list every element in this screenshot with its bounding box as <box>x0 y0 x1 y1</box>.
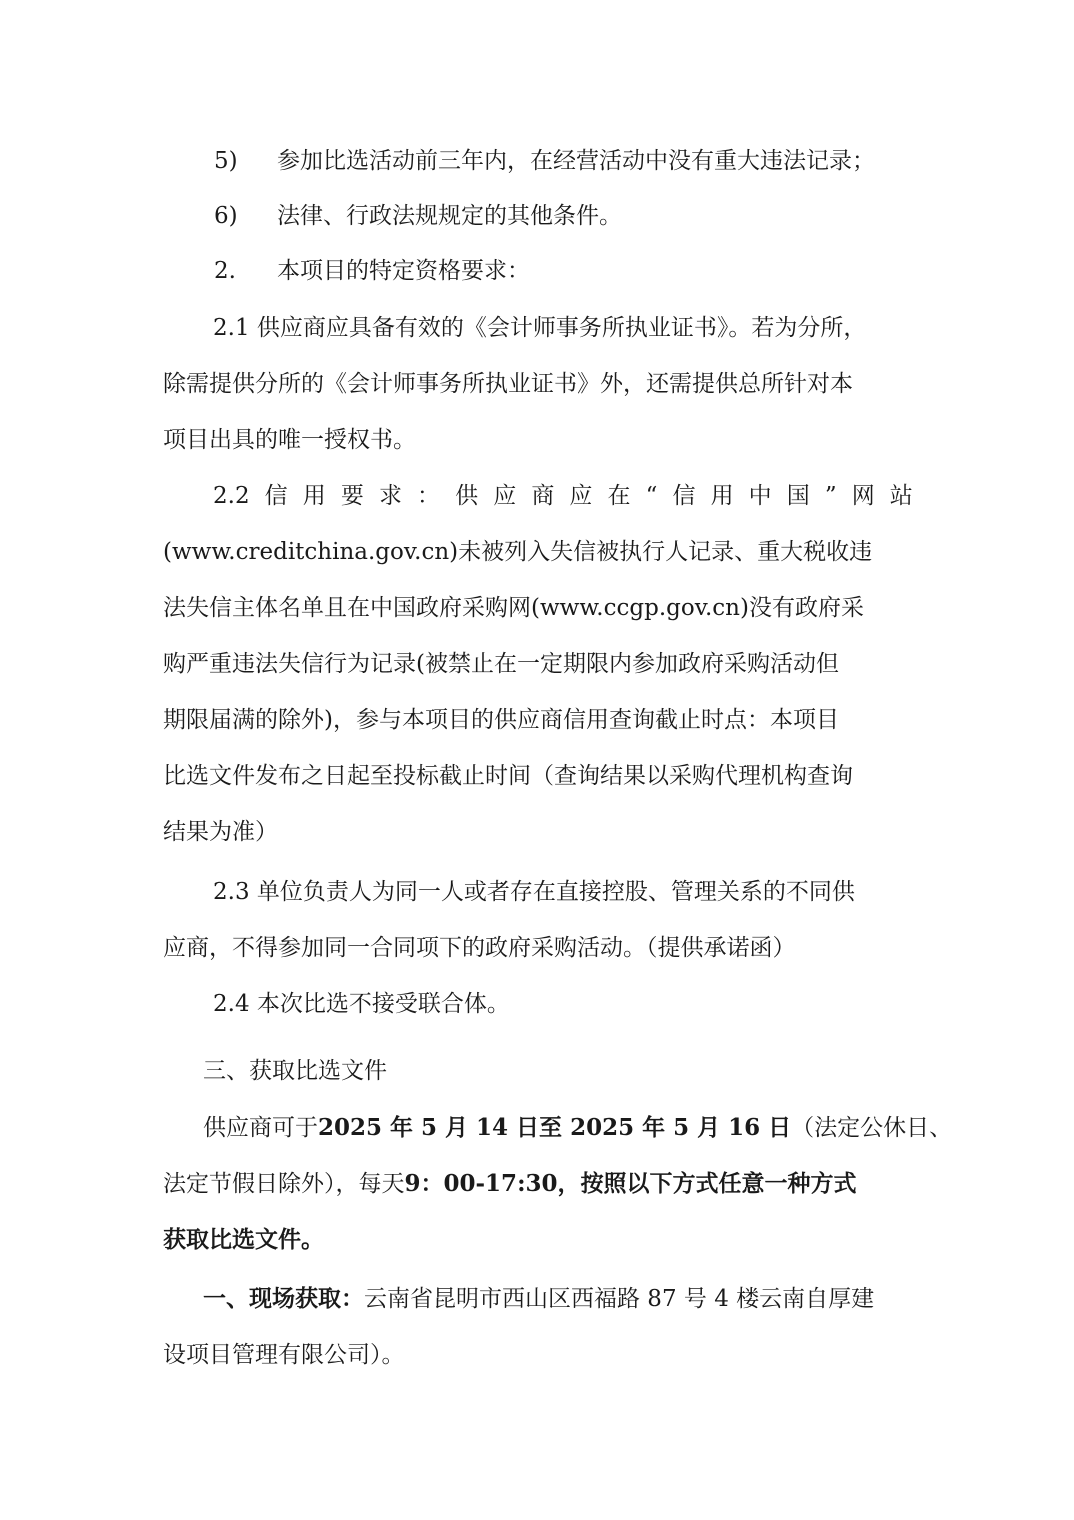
paragraph-2-1-line-1: 2.1 供应商应具备有效的《会计师事务所执业证书》。若为分所， <box>163 313 913 343</box>
justified-char: 信 <box>265 481 288 511</box>
justified-char: 在 <box>608 481 631 511</box>
paragraph-2-1-line-2: 除需提供分所的《会计师事务所执业证书》外，还需提供总所针对本 <box>163 369 913 399</box>
text-segment: （法定公休日、 <box>791 1115 952 1141</box>
paragraph-2-2-line-1: 2.2信用要求：供应商应在“信用中国”网站 <box>163 481 913 511</box>
paragraph-2-2-line-5: 期限届满的除外)，参与本项目的供应商信用查询截止时点：本项目 <box>163 705 913 735</box>
list-text: 参加比选活动前三年内，在经营活动中没有重大违法记录； <box>277 146 875 176</box>
paragraph-2-2-line-6: 比选文件发布之日起至投标截止时间（查询结果以采购代理机构查询 <box>163 761 913 791</box>
paragraph-3-line-1: 供应商可于2025 年 5 月 14 日至 2025 年 5 月 16 日（法定… <box>163 1113 913 1143</box>
paragraph-3-line-3: 获取比选文件。 <box>163 1225 913 1255</box>
justified-char: 商 <box>531 481 554 511</box>
justified-char: ” <box>825 481 837 511</box>
justified-char: 2.2 <box>213 481 250 511</box>
date-range: 2025 年 5 月 14 日至 2025 年 5 月 16 日 <box>318 1114 791 1141</box>
justified-char: 网 <box>852 481 875 511</box>
justified-char: 信 <box>672 481 695 511</box>
time-range: 9：00-17:30，按照以下方式任意一种方式 <box>405 1170 857 1197</box>
paragraph-4-line-1: 一、现场获取：云南省昆明市西山区西福路 87 号 4 楼云南自厚建 <box>163 1284 913 1314</box>
paragraph-2-4: 2.4 本次比选不接受联合体。 <box>163 989 913 1019</box>
text-segment: 法定节假日除外），每天 <box>163 1171 405 1197</box>
paragraph-3-line-2: 法定节假日除外），每天9：00-17:30，按照以下方式任意一种方式 <box>163 1169 913 1199</box>
paragraph-4-line-2: 设项目管理有限公司）。 <box>163 1340 913 1370</box>
list-number: 6) <box>214 201 238 231</box>
justified-char: 国 <box>787 481 810 511</box>
justified-char: 中 <box>749 481 772 511</box>
address-text: 云南省昆明市西山区西福路 87 号 4 楼云南自厚建 <box>364 1286 874 1312</box>
section-3-heading: 三、获取比选文件 <box>163 1056 913 1086</box>
justified-char: 应 <box>493 481 516 511</box>
list-text: 本项目的特定资格要求： <box>277 256 530 286</box>
text-segment: 供应商可于 <box>203 1115 318 1141</box>
justified-char: 应 <box>569 481 592 511</box>
paragraph-2-2-line-4: 购严重违法失信行为记录(被禁止在一定期限内参加政府采购活动但 <box>163 649 913 679</box>
justified-char: 供 <box>455 481 478 511</box>
paragraph-2-2-line-7: 结果为准） <box>163 817 913 847</box>
justified-char: 求 <box>379 481 402 511</box>
list-number: 2. <box>214 256 236 286</box>
list-text: 法律、行政法规规定的其他条件。 <box>277 201 622 231</box>
method-label: 一、现场获取： <box>203 1285 364 1312</box>
paragraph-2-2-line-2: (www.creditchina.gov.cn)未被列入失信被执行人记录、重大税… <box>163 537 913 567</box>
justified-char: “ <box>646 481 658 511</box>
justified-char: 用 <box>711 481 734 511</box>
justified-char: ： <box>417 481 440 511</box>
paragraph-2-1-line-3: 项目出具的唯一授权书。 <box>163 425 913 455</box>
paragraph-2-2-line-3: 法失信主体名单且在中国政府采购网(www.ccgp.gov.cn)没有政府采 <box>163 593 913 623</box>
paragraph-2-3-line-1: 2.3 单位负责人为同一人或者存在直接控股、管理关系的不同供 <box>163 877 913 907</box>
justified-char: 站 <box>890 481 913 511</box>
justified-char: 用 <box>303 481 326 511</box>
justified-char: 要 <box>341 481 364 511</box>
list-number: 5) <box>214 146 238 176</box>
paragraph-2-3-line-2: 应商，不得参加同一合同项下的政府采购活动。（提供承诺函） <box>163 933 913 963</box>
